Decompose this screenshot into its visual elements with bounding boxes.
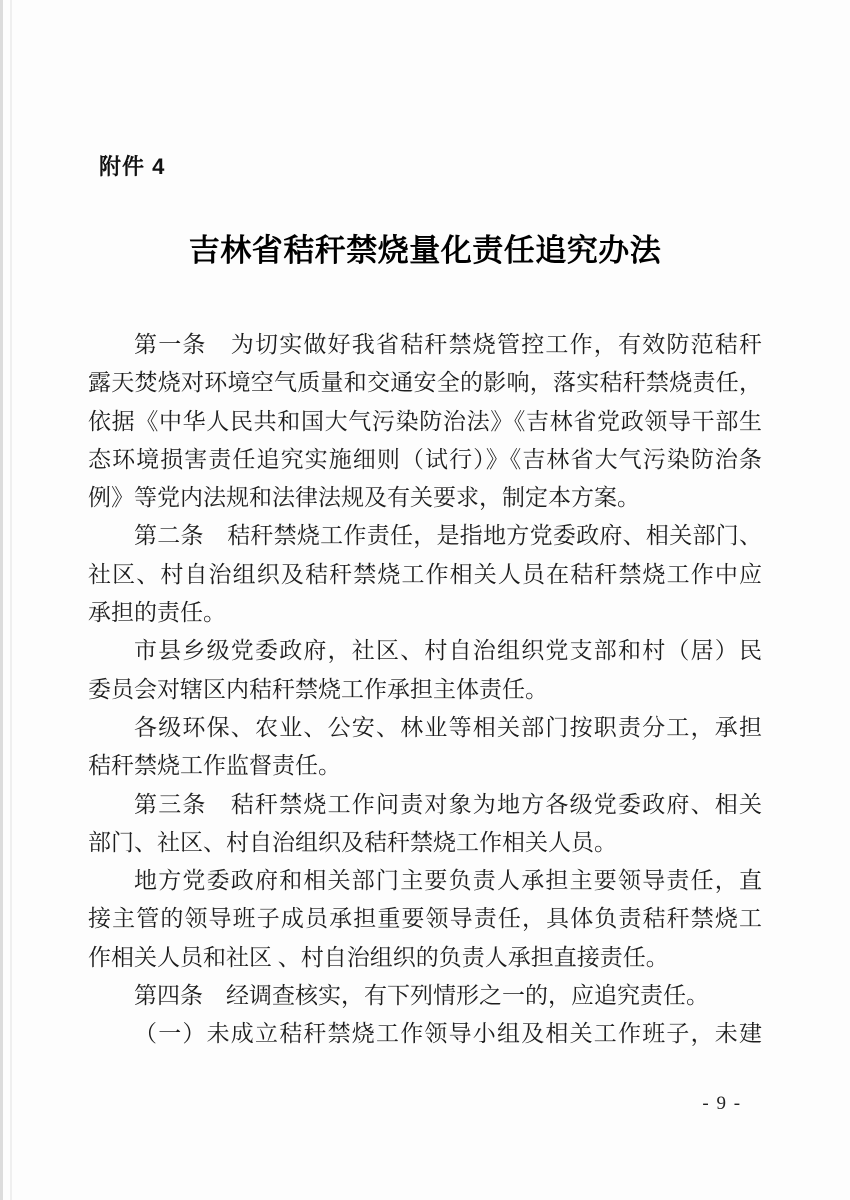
text-line: （一）未成立秸秆禁烧工作领导小组及相关工作班子，未建	[88, 1015, 762, 1053]
scan-edge-line	[10, 0, 12, 1200]
text-line: 接主管的领导班子成员承担重要领导责任，具体负责秸秆禁烧工	[88, 900, 762, 938]
attachment-label: 附件 4	[99, 150, 165, 181]
text-line: 第四条 经调查核实，有下列情形之一的，应追究责任。	[88, 977, 762, 1015]
text-line: 作相关人员和社区 、村自治组织的负责人承担直接责任。	[88, 939, 762, 977]
text-line: 第三条 秸秆禁烧工作问责对象为地方各级党委政府、相关	[88, 786, 762, 824]
scanned-document-page: 附件 4 吉林省秸秆禁烧量化责任追究办法 第一条 为切实做好我省秸秆禁烧管控工作…	[0, 0, 850, 1200]
text-line: 第一条 为切实做好我省秸秆禁烧管控工作，有效防范秸秆	[88, 326, 762, 364]
text-line: 市县乡级党委政府，社区、村自治组织党支部和村（居）民	[88, 632, 762, 670]
text-line: 地方党委政府和相关部门主要负责人承担主要领导责任，直	[88, 862, 762, 900]
text-line: 各级环保、农业、公安、林业等相关部门按职责分工，承担	[88, 709, 762, 747]
text-line: 承担的责任。	[88, 594, 762, 632]
scan-edge-line	[0, 0, 3, 1200]
text-line: 露天焚烧对环境空气质量和交通安全的影响，落实秸秆禁烧责任，	[88, 364, 762, 402]
text-line: 态环境损害责任追究实施细则（试行）》《吉林省大气污染防治条	[88, 441, 762, 479]
document-title: 吉林省秸秆禁烧量化责任追究办法	[0, 233, 850, 269]
text-line: 秸秆禁烧工作监督责任。	[88, 747, 762, 785]
text-line: 例》等党内法规和法律法规及有关要求，制定本方案。	[88, 479, 762, 517]
text-line: 社区、村自治组织及秸秆禁烧工作相关人员在秸秆禁烧工作中应	[88, 556, 762, 594]
text-line: 第二条 秸秆禁烧工作责任，是指地方党委政府、相关部门、	[88, 517, 762, 555]
page-number: - 9 -	[672, 1093, 772, 1115]
text-line: 委员会对辖区内秸秆禁烧工作承担主体责任。	[88, 671, 762, 709]
text-line: 依据《中华人民共和国大气污染防治法》《吉林省党政领导干部生	[88, 403, 762, 441]
document-body: 第一条 为切实做好我省秸秆禁烧管控工作，有效防范秸秆露天焚烧对环境空气质量和交通…	[88, 326, 762, 1054]
text-line: 部门、社区、村自治组织及秸秆禁烧工作相关人员。	[88, 824, 762, 862]
